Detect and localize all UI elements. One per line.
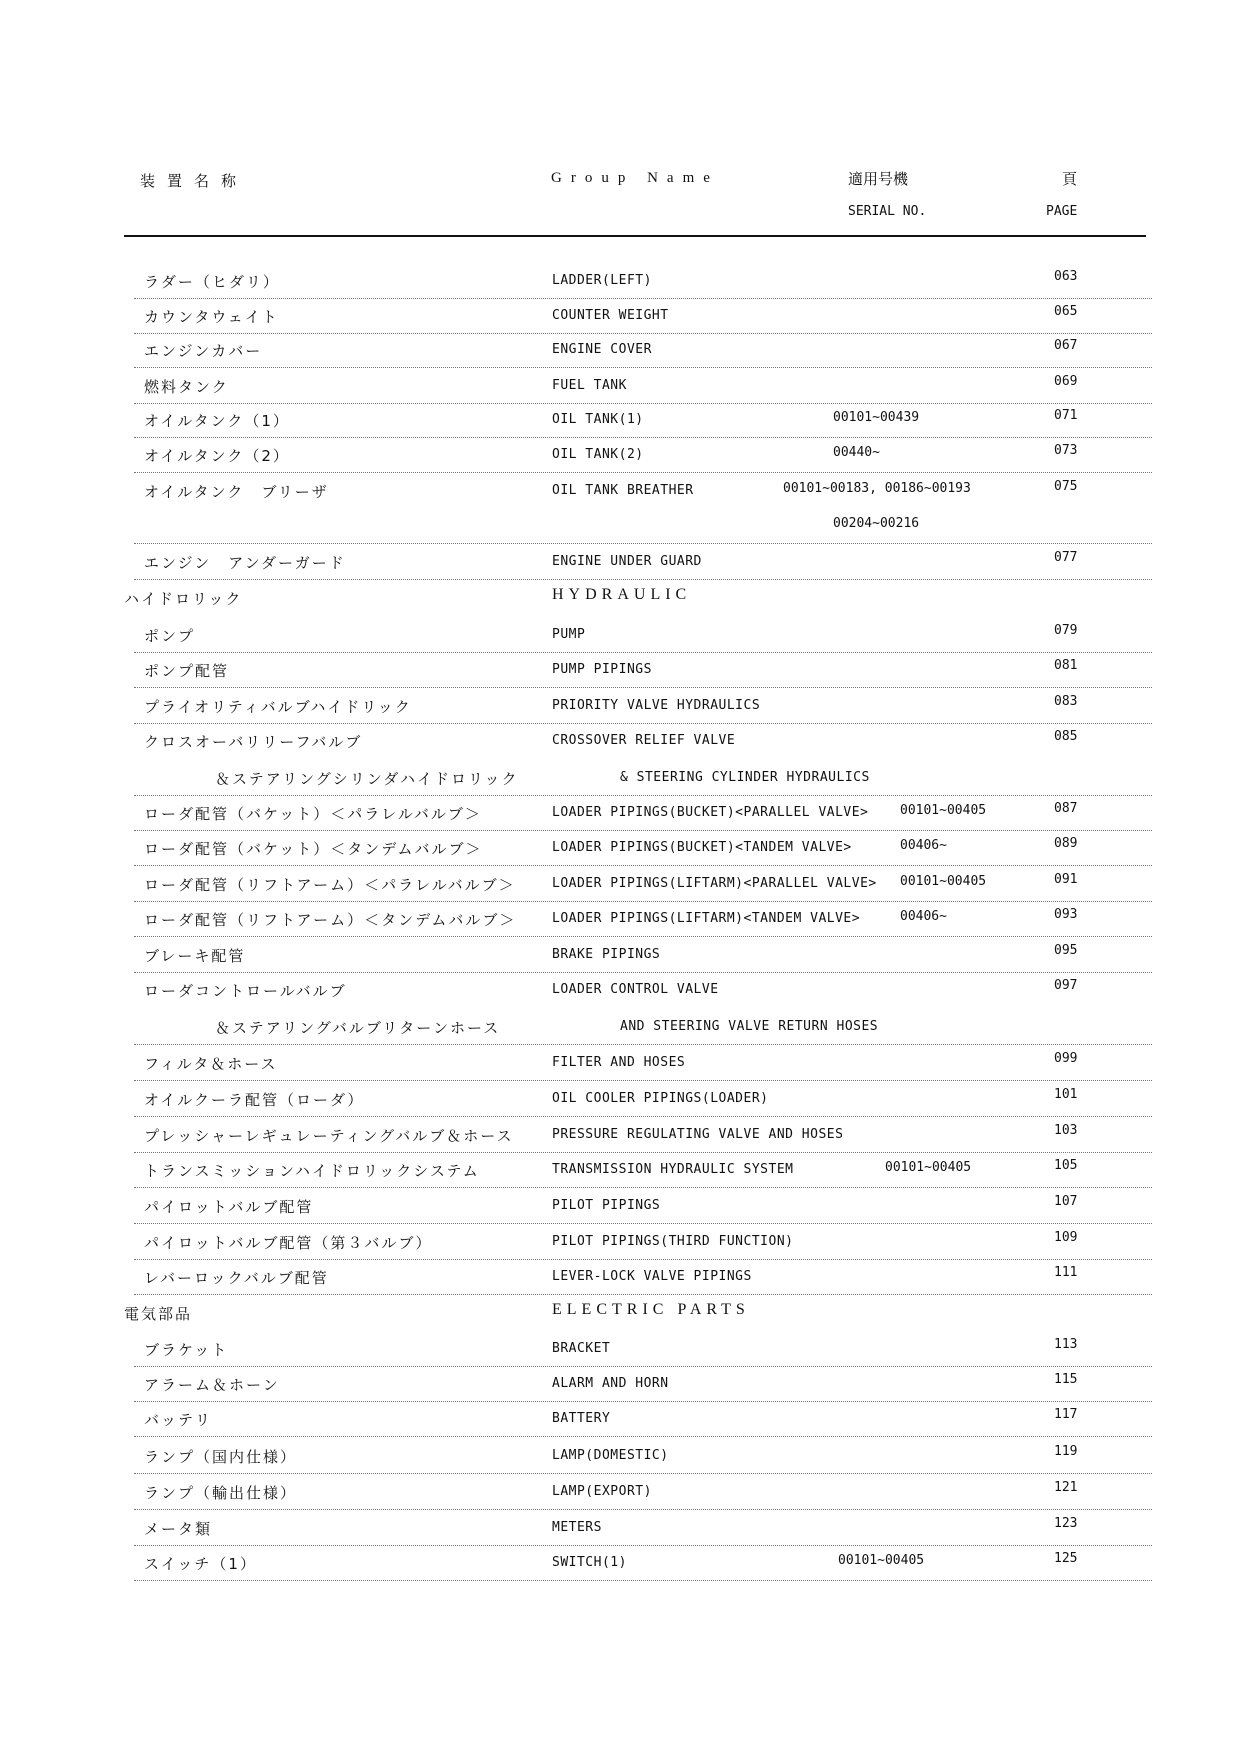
row-page-number: 063	[1054, 269, 1077, 284]
row-name-jp: ブレーキ配管	[144, 945, 245, 966]
table-row: ＆ステアリングシリンダハイドロリック& STEERING CYLINDER HY…	[0, 760, 1240, 796]
table-row: ローダコントロールバルブLOADER CONTROL VALVE097	[0, 972, 1240, 1008]
row-serial-no: 00101~00405	[900, 803, 986, 818]
table-row: ポンプPUMP079	[0, 617, 1240, 653]
row-group-name: FILTER AND HOSES	[552, 1055, 685, 1070]
row-serial-no: 00101~00439	[833, 410, 919, 425]
row-name-jp: ＆ステアリングシリンダハイドロリック	[215, 768, 518, 789]
header-page-jp: 頁	[1062, 168, 1077, 189]
table-row: カウンタウェイトCOUNTER WEIGHT065	[0, 298, 1240, 334]
row-page-number: 109	[1054, 1230, 1077, 1245]
row-group-name: METERS	[552, 1520, 602, 1535]
row-group-name: ALARM AND HORN	[552, 1376, 669, 1391]
row-name-jp: カウンタウェイト	[144, 306, 279, 327]
section-heading-row: ハイドロリックHYDRAULIC	[0, 580, 1240, 616]
table-row: クロスオーバリリーフバルブCROSSOVER RELIEF VALVE085	[0, 723, 1240, 759]
row-group-name: CROSSOVER RELIEF VALVE	[552, 733, 735, 748]
row-group-name: ELECTRIC PARTS	[552, 1301, 750, 1319]
row-page-number: 065	[1054, 304, 1077, 319]
table-row: ブラケットBRACKET113	[0, 1331, 1240, 1367]
row-name-jp: 燃料タンク	[144, 376, 229, 397]
table-row: 00204~00216	[0, 508, 1240, 544]
row-page-number: 121	[1054, 1480, 1077, 1495]
row-page-number: 083	[1054, 694, 1077, 709]
row-serial-no: 00406~	[900, 838, 947, 853]
row-name-jp: オイルタンク（2）	[144, 445, 290, 466]
table-row: オイルタンク（1）OIL TANK(1)00101~00439071	[0, 402, 1240, 438]
row-serial-no: 00204~00216	[833, 516, 919, 531]
row-group-name: BRAKE PIPINGS	[552, 947, 660, 962]
table-row: ＆ステアリングバルブリターンホースAND STEERING VALVE RETU…	[0, 1009, 1240, 1045]
row-page-number: 101	[1054, 1087, 1077, 1102]
row-name-jp: プレッシャーレギュレーティングバルブ＆ホース	[144, 1125, 514, 1146]
row-group-name: OIL COOLER PIPINGS(LOADER)	[552, 1091, 769, 1106]
table-row: オイルタンク ブリーザOIL TANK BREATHER00101~00183,…	[0, 473, 1240, 509]
row-name-jp: エンジンカバー	[144, 340, 262, 361]
row-name-jp: エンジン アンダーガード	[144, 552, 346, 573]
row-page-number: 113	[1054, 1337, 1077, 1352]
row-group-name: LOADER PIPINGS(LIFTARM)<PARALLEL VALVE>	[552, 876, 877, 891]
row-name-jp: ローダ配管（リフトアーム）＜パラレルバルブ＞	[144, 874, 516, 895]
row-page-number: 123	[1054, 1516, 1077, 1531]
row-name-jp: アラーム＆ホーン	[144, 1374, 280, 1395]
row-serial-no: 00101~00405	[885, 1160, 971, 1175]
row-name-jp: オイルクーラ配管（ローダ）	[144, 1089, 364, 1110]
row-name-jp: ＆ステアリングバルブリターンホース	[215, 1017, 500, 1038]
row-page-number: 095	[1054, 943, 1077, 958]
row-page-number: 097	[1054, 978, 1077, 993]
row-name-jp: スイッチ（1）	[144, 1553, 257, 1574]
table-row: プレッシャーレギュレーティングバルブ＆ホースPRESSURE REGULATIN…	[0, 1117, 1240, 1153]
row-page-number: 073	[1054, 443, 1077, 458]
header-page-en: PAGE	[1046, 204, 1077, 219]
table-row: ローダ配管（リフトアーム）＜パラレルバルブ＞LOADER PIPINGS(LIF…	[0, 866, 1240, 902]
row-page-number: 089	[1054, 836, 1077, 851]
row-name-jp: ランプ（国内仕様）	[144, 1446, 297, 1467]
row-name-jp: ブラケット	[144, 1339, 228, 1360]
row-page-number: 111	[1054, 1265, 1077, 1280]
row-page-number: 093	[1054, 907, 1077, 922]
row-group-name: OIL TANK(2)	[552, 447, 644, 462]
row-page-number: 087	[1054, 801, 1077, 816]
row-page-number: 099	[1054, 1051, 1077, 1066]
row-group-name: PILOT PIPINGS(THIRD FUNCTION)	[552, 1234, 793, 1249]
table-row: アラーム＆ホーンALARM AND HORN115	[0, 1366, 1240, 1402]
row-page-number: 119	[1054, 1444, 1077, 1459]
row-page-number: 085	[1054, 729, 1077, 744]
row-name-jp: レバーロックバルブ配管	[144, 1267, 329, 1288]
table-row: ラダー（ヒダリ）LADDER(LEFT)063	[0, 263, 1240, 299]
row-name-jp: ハイドロリック	[124, 588, 242, 609]
row-name-jp: パイロットバルブ配管（第３バルブ）	[144, 1232, 433, 1253]
row-group-name: OIL TANK BREATHER	[552, 483, 694, 498]
row-name-jp: ラダー（ヒダリ）	[144, 271, 280, 292]
table-row: プライオリティバルブハイドリックPRIORITY VALVE HYDRAULIC…	[0, 688, 1240, 724]
row-group-name: BRACKET	[552, 1341, 610, 1356]
row-name-jp: オイルタンク（1）	[144, 410, 290, 431]
row-page-number: 075	[1054, 479, 1077, 494]
table-row: ランプ（輸出仕様）LAMP(EXPORT)121	[0, 1474, 1240, 1510]
row-name-jp: パイロットバルブ配管	[144, 1196, 313, 1217]
row-page-number: 091	[1054, 872, 1077, 887]
row-page-number: 115	[1054, 1372, 1077, 1387]
row-name-jp: ローダ配管（リフトアーム）＜タンデムバルブ＞	[144, 909, 516, 930]
header-serial-en: SERIAL NO.	[848, 204, 926, 219]
table-row: バッテリBATTERY117	[0, 1401, 1240, 1437]
row-name-jp: トランスミッションハイドロリックシステム	[144, 1160, 480, 1181]
table-row: スイッチ（1）SWITCH(1)00101~00405125	[0, 1545, 1240, 1581]
row-name-jp: オイルタンク ブリーザ	[144, 481, 329, 502]
row-name-jp: 電気部品	[124, 1303, 192, 1324]
row-group-name: PUMP PIPINGS	[552, 662, 652, 677]
dotted-divider	[134, 1580, 1152, 1581]
row-group-name: PRESSURE REGULATING VALVE AND HOSES	[552, 1127, 843, 1142]
row-page-number: 067	[1054, 338, 1077, 353]
row-group-name: & STEERING CYLINDER HYDRAULICS	[620, 770, 870, 785]
row-group-name: OIL TANK(1)	[552, 412, 644, 427]
table-row: フィルタ＆ホースFILTER AND HOSES099	[0, 1045, 1240, 1081]
table-row: エンジンカバーENGINE COVER067	[0, 332, 1240, 368]
row-group-name: LOADER PIPINGS(BUCKET)<TANDEM VALVE>	[552, 840, 852, 855]
row-name-jp: メータ類	[144, 1518, 212, 1539]
table-row: ローダ配管（バケット）＜パラレルバルブ＞LOADER PIPINGS(BUCKE…	[0, 795, 1240, 831]
row-name-jp: プライオリティバルブハイドリック	[144, 696, 412, 717]
table-row: パイロットバルブ配管（第３バルブ）PILOT PIPINGS(THIRD FUN…	[0, 1224, 1240, 1260]
row-group-name: LAMP(EXPORT)	[552, 1484, 652, 1499]
row-group-name: LOADER PIPINGS(BUCKET)<PARALLEL VALVE>	[552, 805, 868, 820]
table-row: オイルクーラ配管（ローダ）OIL COOLER PIPINGS(LOADER)1…	[0, 1081, 1240, 1117]
row-group-name: COUNTER WEIGHT	[552, 308, 669, 323]
row-name-jp: ローダ配管（バケット）＜タンデムバルブ＞	[144, 838, 483, 859]
row-name-jp: ローダコントロールバルブ	[144, 980, 347, 1001]
header-group-name: Group Name	[551, 170, 719, 187]
row-serial-no: 00101~00405	[838, 1553, 924, 1568]
table-row: ポンプ配管PUMP PIPINGS081	[0, 652, 1240, 688]
row-page-number: 103	[1054, 1123, 1077, 1138]
row-group-name: LOADER PIPINGS(LIFTARM)<TANDEM VALVE>	[552, 911, 860, 926]
section-heading-row: 電気部品ELECTRIC PARTS	[0, 1295, 1240, 1331]
row-page-number: 079	[1054, 623, 1077, 638]
row-group-name: ENGINE COVER	[552, 342, 652, 357]
table-row: ブレーキ配管BRAKE PIPINGS095	[0, 937, 1240, 973]
row-group-name: SWITCH(1)	[552, 1555, 627, 1570]
table-row: ランプ（国内仕様）LAMP(DOMESTIC)119	[0, 1438, 1240, 1474]
row-group-name: TRANSMISSION HYDRAULIC SYSTEM	[552, 1162, 793, 1177]
row-group-name: AND STEERING VALVE RETURN HOSES	[620, 1019, 878, 1034]
dotted-divider	[134, 1436, 1152, 1437]
header-serial-jp: 適用号機	[848, 168, 908, 189]
row-serial-no: 00101~00183, 00186~00193	[783, 481, 971, 496]
table-row: メータ類METERS123	[0, 1510, 1240, 1546]
row-page-number: 105	[1054, 1158, 1077, 1173]
table-row: トランスミッションハイドロリックシステムTRANSMISSION HYDRAUL…	[0, 1152, 1240, 1188]
row-serial-no: 00406~	[900, 909, 947, 924]
row-name-jp: ランプ（輸出仕様）	[144, 1482, 297, 1503]
header-rule	[124, 235, 1146, 237]
row-page-number: 081	[1054, 658, 1077, 673]
row-group-name: ENGINE UNDER GUARD	[552, 554, 702, 569]
table-row: オイルタンク（2）OIL TANK(2)00440~073	[0, 437, 1240, 473]
table-row: エンジン アンダーガードENGINE UNDER GUARD077	[0, 544, 1240, 580]
row-group-name: HYDRAULIC	[552, 586, 691, 604]
row-group-name: BATTERY	[552, 1411, 610, 1426]
row-group-name: LAMP(DOMESTIC)	[552, 1448, 669, 1463]
table-row: パイロットバルブ配管PILOT PIPINGS107	[0, 1188, 1240, 1224]
row-page-number: 077	[1054, 550, 1077, 565]
table-row: ローダ配管（リフトアーム）＜タンデムバルブ＞LOADER PIPINGS(LIF…	[0, 901, 1240, 937]
row-page-number: 069	[1054, 374, 1077, 389]
table-row: 燃料タンクFUEL TANK069	[0, 368, 1240, 404]
row-page-number: 107	[1054, 1194, 1077, 1209]
row-name-jp: ローダ配管（バケット）＜パラレルバルブ＞	[144, 803, 482, 824]
row-group-name: LOADER CONTROL VALVE	[552, 982, 719, 997]
table-row: ローダ配管（バケット）＜タンデムバルブ＞LOADER PIPINGS(BUCKE…	[0, 830, 1240, 866]
row-name-jp: フィルタ＆ホース	[144, 1053, 277, 1074]
row-name-jp: ポンプ配管	[144, 660, 229, 681]
table-row: レバーロックバルブ配管LEVER-LOCK VALVE PIPINGS111	[0, 1259, 1240, 1295]
header-name-jp: 装置名称	[140, 170, 248, 191]
row-name-jp: ポンプ	[144, 625, 195, 646]
row-page-number: 117	[1054, 1407, 1077, 1422]
row-group-name: PUMP	[552, 627, 585, 642]
row-group-name: FUEL TANK	[552, 378, 627, 393]
row-name-jp: クロスオーバリリーフバルブ	[144, 731, 362, 752]
row-serial-no: 00440~	[833, 445, 880, 460]
row-serial-no: 00101~00405	[900, 874, 986, 889]
row-name-jp: バッテリ	[144, 1409, 212, 1430]
row-page-number: 125	[1054, 1551, 1077, 1566]
row-group-name: LEVER-LOCK VALVE PIPINGS	[552, 1269, 752, 1284]
row-group-name: PRIORITY VALVE HYDRAULICS	[552, 698, 760, 713]
row-page-number: 071	[1054, 408, 1077, 423]
row-group-name: LADDER(LEFT)	[552, 273, 652, 288]
row-group-name: PILOT PIPINGS	[552, 1198, 660, 1213]
